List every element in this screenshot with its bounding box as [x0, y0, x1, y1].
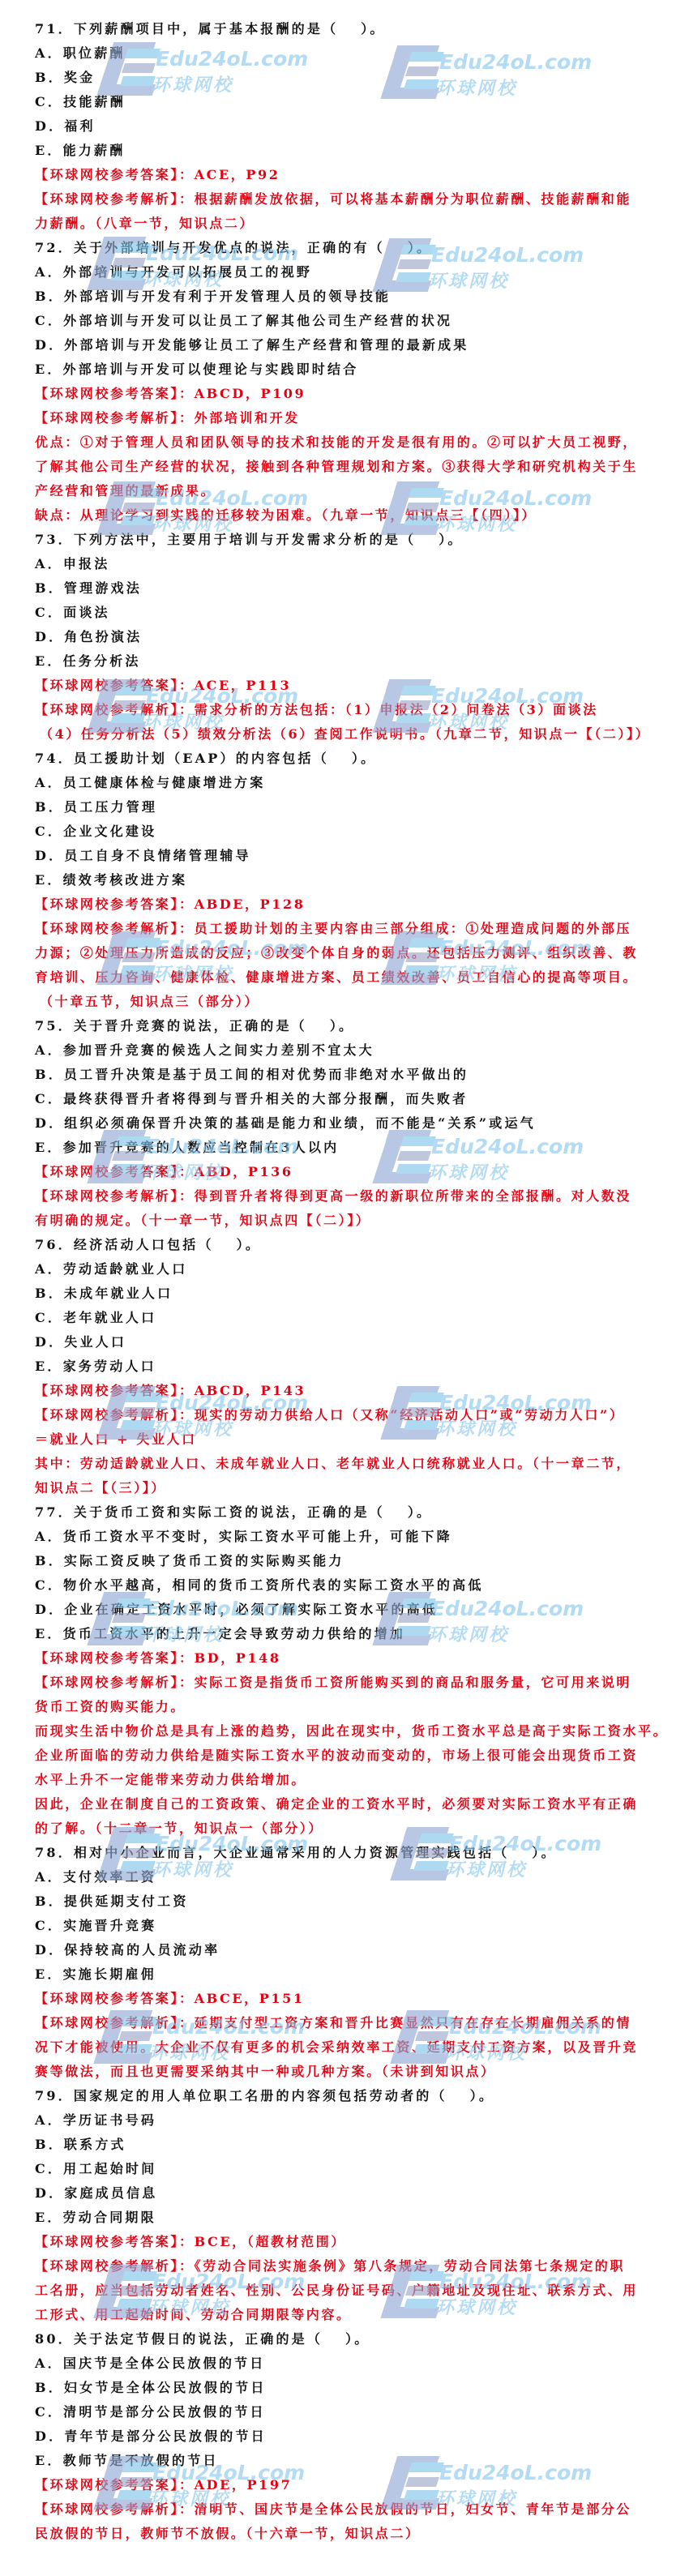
analysis-line: 【环球网校参考解析】：清明节、国庆节是全体公民放假的节日，妇女节、青年节是部分公 [35, 2497, 659, 2522]
analysis-line: 知识点二【（三）】） [35, 1476, 659, 1500]
question-79: 79．国家规定的用人单位职工名册的内容须包括劳动者的（ ）。 A．学历证书号码B… [35, 2084, 659, 2327]
option-list: A．职位薪酬B．奖金C．技能薪酬D．福利E．能力薪酬 [35, 41, 659, 163]
analysis-line: 工形式、用工起始时间、劳动合同期限等内容。 [35, 2303, 659, 2327]
reference-answer: 【环球网校参考答案】：ACE，P92 [35, 163, 659, 187]
option-b: B．提供延期支付工资 [35, 1889, 659, 1914]
option-e: E．货币工资水平的上升一定会导致劳动力供给的增加 [35, 1622, 659, 1646]
analysis-line: ＝就业人口 + 失业人口 [35, 1427, 659, 1452]
option-b: B．员工晋升决策是基于员工间的相对优势而非绝对水平做出的 [35, 1063, 659, 1087]
analysis-line: 育培训、压力咨询、健康体检、健康增进方案、员工绩效改善、员工自信心的提高等项目。 [35, 965, 659, 990]
question-72: 72．关于外部培训与开发优点的说法，正确的有（ ）。 A．外部培训与开发可以拓展… [35, 236, 659, 528]
analysis-line: 水平上升不一定能带来劳动力供给增加。 [35, 1768, 659, 1792]
analysis-line: 【环球网校参考解析】：现实的劳动力供给人口（又称“经济活动人口”或“劳动力人口”… [35, 1403, 659, 1427]
option-list: A．货币工资水平不变时，实际工资水平可能上升，可能下降B．实际工资反映了货币工资… [35, 1525, 659, 1646]
analysis-line: 而现实生活中物价总是具有上涨的趋势，因此在现实中，货币工资水平总是高于实际工资水… [35, 1719, 659, 1744]
analysis-line: 了解其他公司生产经营的状况，接触到各种管理规划和方案。③获得大学和研究机构关于生 [35, 455, 659, 479]
option-b: B．奖金 [35, 66, 659, 90]
option-b: B．员工压力管理 [35, 795, 659, 819]
option-list: A．国庆节是全体公民放假的节日B．妇女节是全体公民放假的节日C．清明节是部分公民… [35, 2351, 659, 2473]
analysis-line: （4）任务分析法（5）绩效分析法（6）查阅工作说明书。（九章二节，知识点一【（二… [35, 722, 659, 747]
analysis-line: 【环球网校参考解析】：《劳动合同法实施条例》第八条规定，劳动合同法第七条规定的职 [35, 2254, 659, 2279]
analysis-line: 优点：①对于管理人员和团队领导的技术和技能的开发是很有用的。②可以扩大员工视野， [35, 430, 659, 455]
question-stem: 71．下列薪酬项目中，属于基本报酬的是（ ）。 [35, 17, 659, 41]
reference-answer: 【环球网校参考答案】：ABD，P136 [35, 1160, 659, 1184]
option-b: B．联系方式 [35, 2133, 659, 2157]
option-c: C．物价水平越高，相同的货币工资所代表的实际工资水平的高低 [35, 1573, 659, 1598]
option-e: E．参加晋升竞赛的人数应当控制在3人以内 [35, 1136, 659, 1160]
analysis-line: 缺点：从理论学习到实践的迁移较为困难。（九章一节，知识点三【（四）】） [35, 503, 659, 528]
option-e: E．绩效考核改进方案 [35, 868, 659, 892]
option-list: A．劳动适龄就业人口B．未成年就业人口C．老年就业人口D．失业人口E．家务劳动人… [35, 1257, 659, 1379]
question-stem: 75．关于晋升竞赛的说法，正确的是（ ）。 [35, 1014, 659, 1038]
question-stem: 78．相对中小企业而言，大企业通常采用的人力资源管理实践包括（ ）。 [35, 1841, 659, 1865]
analysis-line: 民放假的节日，教师节不放假。（十六章一节，知识点二） [35, 2522, 659, 2546]
option-c: C．最终获得晋升者将得到与晋升相关的大部分报酬，而失败者 [35, 1087, 659, 1111]
option-a: A．货币工资水平不变时，实际工资水平可能上升，可能下降 [35, 1525, 659, 1549]
question-80: 80．关于法定节假日的说法，正确的是（ ）。 A．国庆节是全体公民放假的节日B．… [35, 2327, 659, 2546]
reference-analysis: 【环球网校参考解析】：实际工资是指货币工资所能购买到的商品和服务量，它可用来说明… [35, 1671, 659, 1841]
reference-analysis: 【环球网校参考解析】：现实的劳动力供给人口（又称“经济活动人口”或“劳动力人口”… [35, 1403, 659, 1500]
option-list: A．员工健康体检与健康增进方案B．员工压力管理C．企业文化建设D．员工自身不良情… [35, 771, 659, 892]
option-b: B．实际工资反映了货币工资的实际购买能力 [35, 1549, 659, 1573]
reference-answer: 【环球网校参考答案】：ABCD，P143 [35, 1379, 659, 1403]
analysis-line: （十章五节，知识点三（部分）） [35, 990, 659, 1014]
option-c: C．用工起始时间 [35, 2157, 659, 2181]
option-e: E．劳动合同期限 [35, 2206, 659, 2230]
option-c: C．清明节是部分公民放假的节日 [35, 2400, 659, 2424]
question-71: 71．下列薪酬项目中，属于基本报酬的是（ ）。 A．职位薪酬B．奖金C．技能薪酬… [35, 17, 659, 236]
reference-analysis: 【环球网校参考解析】：外部培训和开发优点：①对于管理人员和团队领导的技术和技能的… [35, 406, 659, 528]
reference-analysis: 【环球网校参考解析】：清明节、国庆节是全体公民放假的节日，妇女节、青年节是部分公… [35, 2497, 659, 2546]
option-d: D．保持较高的人员流动率 [35, 1938, 659, 1962]
option-list: A．支付效率工资B．提供延期支付工资C．实施晋升竞赛D．保持较高的人员流动率E．… [35, 1865, 659, 1987]
option-a: A．申报法 [35, 552, 659, 576]
reference-answer: 【环球网校参考答案】：BCE，（超教材范围） [35, 2230, 659, 2254]
option-a: A．职位薪酬 [35, 41, 659, 66]
question-stem: 72．关于外部培训与开发优点的说法，正确的有（ ）。 [35, 236, 659, 260]
analysis-line: 【环球网校参考解析】：延期支付型工资方案和晋升比赛显然只有在存在长期雇佣关系的情 [35, 2011, 659, 2035]
option-d: D．员工自身不良情绪管理辅导 [35, 844, 659, 868]
reference-answer: 【环球网校参考答案】：ADE，P197 [35, 2473, 659, 2497]
option-c: C．技能薪酬 [35, 90, 659, 114]
option-c: C．企业文化建设 [35, 819, 659, 844]
option-d: D．青年节是部分公民放假的节日 [35, 2424, 659, 2449]
question-stem: 79．国家规定的用人单位职工名册的内容须包括劳动者的（ ）。 [35, 2084, 659, 2108]
question-78: 78．相对中小企业而言，大企业通常采用的人力资源管理实践包括（ ）。 A．支付效… [35, 1841, 659, 2084]
option-a: A．员工健康体检与健康增进方案 [35, 771, 659, 795]
reference-analysis: 【环球网校参考解析】：得到晋升者将得到更高一级的新职位所带来的全部报酬。对人数没… [35, 1184, 659, 1233]
option-a: A．国庆节是全体公民放假的节日 [35, 2351, 659, 2376]
reference-analysis: 【环球网校参考解析】：《劳动合同法实施条例》第八条规定，劳动合同法第七条规定的职… [35, 2254, 659, 2327]
reference-analysis: 【环球网校参考解析】：延期支付型工资方案和晋升比赛显然只有在存在长期雇佣关系的情… [35, 2011, 659, 2084]
question-77: 77．关于货币工资和实际工资的说法，正确的是（ ）。 A．货币工资水平不变时，实… [35, 1500, 659, 1841]
question-stem: 77．关于货币工资和实际工资的说法，正确的是（ ）。 [35, 1500, 659, 1525]
reference-answer: 【环球网校参考答案】：ACE，P113 [35, 674, 659, 698]
question-stem: 76．经济活动人口包括（ ）。 [35, 1233, 659, 1257]
analysis-line: 【环球网校参考解析】：得到晋升者将得到更高一级的新职位所带来的全部报酬。对人数没 [35, 1184, 659, 1209]
option-list: A．学历证书号码B．联系方式C．用工起始时间D．家庭成员信息E．劳动合同期限 [35, 2108, 659, 2230]
question-stem: 74．员工援助计划（EAP）的内容包括（ ）。 [35, 747, 659, 771]
option-d: D．福利 [35, 114, 659, 139]
question-76: 76．经济活动人口包括（ ）。 A．劳动适龄就业人口B．未成年就业人口C．老年就… [35, 1233, 659, 1500]
option-e: E．外部培训与开发可以使理论与实践即时结合 [35, 357, 659, 382]
analysis-line: 力薪酬。（八章一节，知识点二） [35, 212, 659, 236]
option-b: B．管理游戏法 [35, 576, 659, 601]
analysis-line: 其中：劳动适龄就业人口、未成年就业人口、老年就业人口统称就业人口。（十一章二节， [35, 1452, 659, 1476]
option-c: C．面谈法 [35, 601, 659, 625]
analysis-line: 【环球网校参考解析】：外部培训和开发 [35, 406, 659, 430]
question-75: 75．关于晋升竞赛的说法，正确的是（ ）。 A．参加晋升竞赛的候选人之间实力差别… [35, 1014, 659, 1233]
reference-analysis: 【环球网校参考解析】：需求分析的方法包括：（1）申报法（2）问卷法（3）面谈法（… [35, 698, 659, 747]
analysis-line: 有明确的规定。（十一章一节，知识点四【（二）】） [35, 1209, 659, 1233]
analysis-line: 【环球网校参考解析】：根据薪酬发放依据，可以将基本薪酬分为职位薪酬、技能薪酬和能 [35, 187, 659, 212]
question-73: 73．下列方法中，主要用于培训与开发需求分析的是（ ）。 A．申报法B．管理游戏… [35, 528, 659, 747]
analysis-line: 赛等做法，而且也更需要采纳其中一种或几种方案。（未讲到知识点） [35, 2060, 659, 2084]
option-a: A．支付效率工资 [35, 1865, 659, 1889]
option-b: B．外部培训与开发有利于开发管理人员的领导技能 [35, 285, 659, 309]
option-d: D．企业在确定工资水平时，必须了解实际工资水平的高低 [35, 1598, 659, 1622]
option-e: E．能力薪酬 [35, 139, 659, 163]
option-c: C．老年就业人口 [35, 1306, 659, 1330]
question-74: 74．员工援助计划（EAP）的内容包括（ ）。 A．员工健康体检与健康增进方案B… [35, 747, 659, 1014]
analysis-line: 工名册，应当包括劳动者姓名、性别、公民身份证号码、户籍地址及现住址、联系方式、用 [35, 2279, 659, 2303]
option-e: E．实施长期雇佣 [35, 1962, 659, 1987]
option-e: E．教师节是不放假的节日 [35, 2449, 659, 2473]
option-b: B．妇女节是全体公民放假的节日 [35, 2376, 659, 2400]
option-d: D．角色扮演法 [35, 625, 659, 649]
analysis-line: 企业所面临的劳动力供给是随实际工资水平的波动而变动的，市场上很可能会出现货币工资 [35, 1744, 659, 1768]
reference-answer: 【环球网校参考答案】：ABCD，P109 [35, 382, 659, 406]
option-list: A．外部培训与开发可以拓展员工的视野B．外部培训与开发有利于开发管理人员的领导技… [35, 260, 659, 382]
option-a: A．外部培训与开发可以拓展员工的视野 [35, 260, 659, 285]
analysis-line: 【环球网校参考解析】：实际工资是指货币工资所能购买到的商品和服务量，它可用来说明 [35, 1671, 659, 1695]
option-a: A．劳动适龄就业人口 [35, 1257, 659, 1282]
analysis-line: 力源；②处理压力所造成的反应；③改变个体自身的弱点。还包括压力测评、组织改善、教 [35, 941, 659, 965]
option-e: E．任务分析法 [35, 649, 659, 674]
option-d: D．失业人口 [35, 1330, 659, 1354]
option-e: E．家务劳动人口 [35, 1354, 659, 1379]
option-list: A．申报法B．管理游戏法C．面谈法D．角色扮演法E．任务分析法 [35, 552, 659, 674]
reference-analysis: 【环球网校参考解析】：根据薪酬发放依据，可以将基本薪酬分为职位薪酬、技能薪酬和能… [35, 187, 659, 236]
exam-answer-document: 71．下列薪酬项目中，属于基本报酬的是（ ）。 A．职位薪酬B．奖金C．技能薪酬… [35, 17, 659, 2546]
option-d: D．组织必须确保晋升决策的基础是能力和业绩，而不能是“关系”或运气 [35, 1111, 659, 1136]
option-c: C．实施晋升竞赛 [35, 1914, 659, 1938]
analysis-line: 【环球网校参考解析】：需求分析的方法包括：（1）申报法（2）问卷法（3）面谈法 [35, 698, 659, 722]
option-list: A．参加晋升竞赛的候选人之间实力差别不宜太大B．员工晋升决策是基于员工间的相对优… [35, 1038, 659, 1160]
option-d: D．家庭成员信息 [35, 2181, 659, 2206]
analysis-line: 产经营和管理的最新成果。 [35, 479, 659, 503]
option-a: A．学历证书号码 [35, 2108, 659, 2133]
option-a: A．参加晋升竞赛的候选人之间实力差别不宜太大 [35, 1038, 659, 1063]
reference-analysis: 【环球网校参考解析】：员工援助计划的主要内容由三部分组成：①处理造成问题的外部压… [35, 917, 659, 1014]
reference-answer: 【环球网校参考答案】：ABDE，P128 [35, 892, 659, 917]
analysis-line: 况下才能被使用。大企业不仅有更多的机会采纳效率工资、延期支付工资方案，以及晋升竞 [35, 2035, 659, 2060]
question-stem: 80．关于法定节假日的说法，正确的是（ ）。 [35, 2327, 659, 2351]
option-d: D．外部培训与开发能够让员工了解生产经营和管理的最新成果 [35, 333, 659, 357]
analysis-line: 【环球网校参考解析】：员工援助计划的主要内容由三部分组成：①处理造成问题的外部压 [35, 917, 659, 941]
analysis-line: 的了解。（十二章一节，知识点一（部分）） [35, 1816, 659, 1841]
option-b: B．未成年就业人口 [35, 1282, 659, 1306]
reference-answer: 【环球网校参考答案】：BD，P148 [35, 1646, 659, 1671]
option-c: C．外部培训与开发可以让员工了解其他公司生产经营的状况 [35, 309, 659, 333]
question-stem: 73．下列方法中，主要用于培训与开发需求分析的是（ ）。 [35, 528, 659, 552]
analysis-line: 货币工资的购买能力。 [35, 1695, 659, 1719]
reference-answer: 【环球网校参考答案】：ABCE，P151 [35, 1987, 659, 2011]
analysis-line: 因此，企业在制度自己的工资政策、确定企业的工资水平时，必须要对实际工资水平有正确 [35, 1792, 659, 1816]
